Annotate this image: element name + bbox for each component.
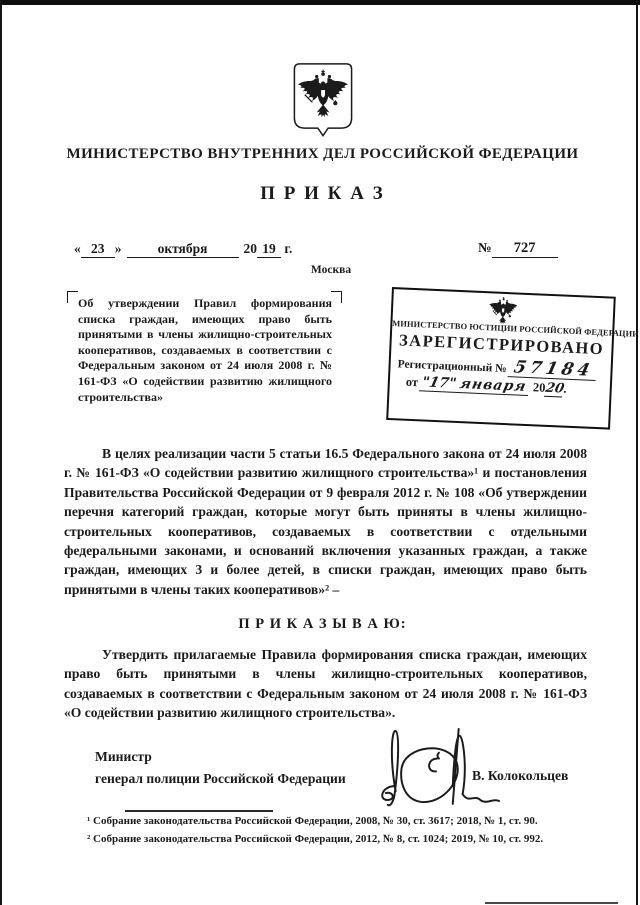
ministry-title: МИНИСТЕРСТВО ВНУТРЕННИХ ДЕЛ РОССИЙСКОЙ Ф… (0, 146, 640, 163)
stamp-date-day-handwritten: "17" (419, 374, 459, 392)
date-century: 20 (244, 241, 258, 256)
document-type-title: П Р И К А З (0, 183, 640, 205)
date-year: 19 (257, 240, 281, 258)
city-label: Москва (286, 264, 376, 276)
date-year-suffix: г. (284, 241, 292, 256)
date-day: 23 (81, 240, 115, 258)
registration-stamp: МИНИСТЕРСТВО ЮСТИЦИИ РОССИЙСКОЙ ФЕДЕРАЦИ… (386, 287, 616, 430)
date-open-quote: « (74, 241, 81, 256)
scan-edge-top (0, 0, 640, 5)
stamp-eagle-icon (487, 296, 520, 324)
order-subject: Об утверждении Правил формирования списк… (78, 296, 332, 405)
footnote-divider (125, 810, 273, 812)
order-number-line: №727 (478, 240, 558, 258)
date-close-quote: » (115, 241, 122, 256)
signer-post-line1: Министр (95, 749, 152, 765)
scan-edge-bottom (485, 902, 618, 904)
order-verb-heading: П Р И К А З Ы В А Ю: (0, 616, 640, 633)
subject-corner-bracket-right (331, 291, 342, 303)
signer-post-line2: генерал полиции Российской Федерации (95, 771, 346, 787)
scanned-order-document: МИНИСТЕРСТВО ВНУТРЕННИХ ДЕЛ РОССИЙСКОЙ Ф… (0, 0, 640, 905)
handwritten-signature (370, 716, 503, 812)
number-sign: № (478, 240, 492, 255)
scan-edge-right (636, 0, 638, 905)
stamp-date-year-handwritten: 20 (544, 381, 566, 398)
subject-corner-bracket-left (67, 291, 78, 303)
preamble-paragraph: В целях реализации части 5 статьи 16.5 Ф… (64, 444, 587, 599)
footnote-2: ² Собрание законодательства Российской Ф… (87, 833, 577, 845)
state-emblem-icon (293, 60, 353, 140)
stamp-reg-number-handwritten: 57184 (508, 358, 600, 381)
order-number: 727 (492, 240, 558, 258)
directive-paragraph: Утвердить прилагаемые Правила формирован… (64, 645, 587, 723)
signer-name: В. Колокольцев (472, 768, 568, 784)
date-line: «23»октября2019 г. (74, 240, 292, 258)
scan-edge-left (0, 0, 2, 905)
stamp-date-month-handwritten: января (455, 376, 531, 396)
stamp-date-prefix: от (406, 375, 419, 390)
stamp-reg-label: Регистрационный № (397, 358, 507, 375)
footnote-1: ¹ Собрание законодательства Российской Ф… (87, 815, 577, 827)
date-month: октября (127, 240, 239, 258)
